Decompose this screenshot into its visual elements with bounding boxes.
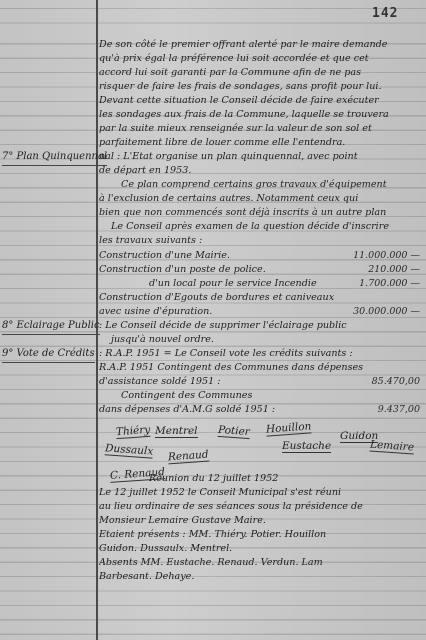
text-line: Barbesant. Dehaye. [99, 570, 424, 584]
amount-value: 11.000.000 — [353, 249, 420, 263]
text-line: au lieu ordinaire de ses séances sous la… [99, 500, 424, 514]
signature: Lemaire [370, 438, 415, 454]
text-line: Absents MM. Eustache. Renaud. Verdun. La… [99, 556, 424, 570]
amount-value: 30.000.000 — [353, 305, 420, 319]
text-line: Guidon. Dussaulx. Mentrel. [99, 542, 424, 556]
text-line: par la suite mieux renseignée sur la val… [99, 122, 424, 136]
text-line: De son côté le premier offrant alerté pa… [99, 38, 424, 52]
text-line: risquer de faire les frais de sondages, … [99, 80, 424, 94]
signature: Thiéry [116, 424, 151, 439]
text-line: nal : L'Etat organise un plan quinquenna… [99, 150, 424, 164]
text-line: Construction d'Egouts de bordures et can… [99, 291, 424, 305]
text-line: Etaient présents : MM. Thiéry. Potier. H… [99, 528, 424, 542]
register-page: 142 De son côté le premier offrant alert… [0, 0, 426, 640]
signature: Mentrel [155, 425, 198, 438]
amount-value: 1.700.000 — [359, 277, 420, 291]
text-line: bien que non commencés sont déjà inscrit… [99, 206, 424, 220]
text-line: Contingent des Communes [99, 389, 426, 403]
signature: Renaud [168, 449, 209, 465]
margin-heading: 7° Plan Quinquennal [2, 150, 107, 166]
text-line: les sondages aux frais de la Commune, la… [99, 108, 424, 122]
margin-heading: 9° Vote de Crédits [2, 347, 95, 363]
text-line: dans dépenses d'A.M.G soldé 1951 : [99, 403, 424, 417]
signature: Eustache [282, 440, 331, 453]
text-line: R.A.P. 1951 Contingent des Communes dans… [99, 361, 424, 375]
text-line: Le 12 juillet 1952 le Conseil Municipal … [99, 486, 424, 500]
text-line: Monsieur Lemaire Gustave Maire. [99, 514, 424, 528]
text-line: jusqu'à nouvel ordre. [99, 333, 426, 347]
text-line: de départ en 1953. [99, 164, 424, 178]
text-line: parfaitement libre de louer comme elle l… [99, 136, 424, 150]
amount-value: 9.437,00 [378, 403, 420, 417]
signature: Dussaulx [105, 442, 154, 458]
margin-heading: 8° Eclairage Public [2, 319, 100, 335]
signature: Potier [218, 424, 251, 439]
text-line: qu'à prix égal la préférence lui soit ac… [99, 52, 424, 66]
text-line: accord lui soit garanti par la Commune a… [99, 66, 424, 80]
amount-value: 210.000 — [368, 263, 420, 277]
text-line: Devant cette situation le Conseil décide… [99, 94, 424, 108]
text-line: : Le Conseil décide de supprimer l'éclai… [99, 319, 424, 333]
amount-value: 85.470,00 [372, 375, 420, 389]
text-line: Ce plan comprend certains gros travaux d… [99, 178, 426, 192]
page-number: 142 [372, 6, 398, 21]
text-line: à l'exclusion de certains autres. Notamm… [99, 192, 424, 206]
text-line: Le Conseil après examen de la question d… [99, 220, 426, 234]
text-line: les travaux suivants : [99, 234, 424, 248]
signature: Houillon [266, 420, 312, 436]
text-line: : R.A.P. 1951 = Le Conseil vote les créd… [99, 347, 424, 361]
